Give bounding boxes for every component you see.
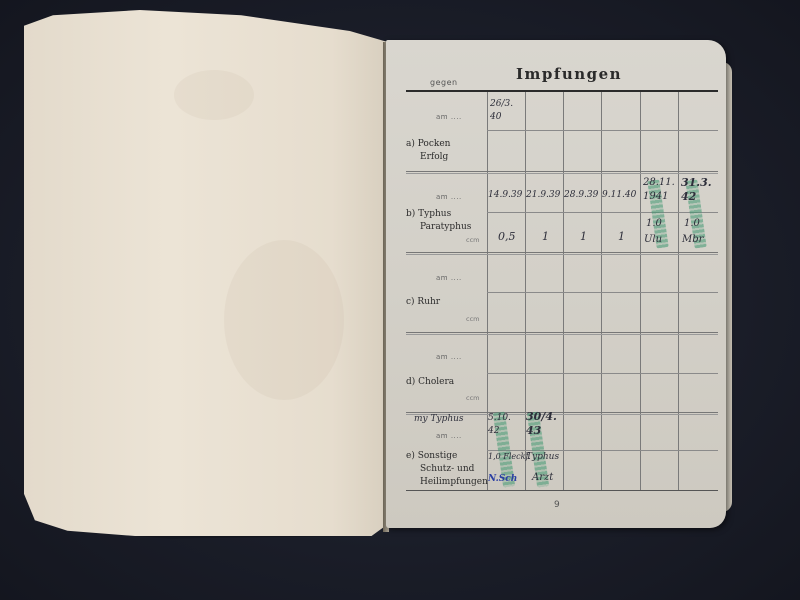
section-e-sublabel2: Heilimpfungen — [420, 476, 488, 489]
typhus-date-3: 28.9.39 — [564, 190, 598, 200]
section-separator — [406, 252, 718, 253]
typhus-date-2: 21.9.39 — [526, 190, 560, 200]
typhus-signature-6: Mbr — [682, 234, 703, 245]
typhus-dose-3: 1 — [580, 230, 587, 243]
section-separator — [406, 332, 718, 333]
am-label: am .... — [436, 432, 462, 440]
section-e-label: e) Sonstige — [406, 450, 457, 463]
sonstige-signature-1: N.Sch — [488, 474, 517, 484]
header-rule — [406, 90, 718, 92]
pocken-date: 26/3. 40 — [490, 98, 522, 124]
sonstige-date-2: 30/4. 43 — [526, 410, 560, 438]
row-divider — [487, 450, 718, 451]
page-number: 9 — [554, 500, 560, 510]
am-label: am .... — [436, 353, 462, 361]
paper-stain — [224, 240, 344, 400]
section-a-label: a) Pocken — [406, 138, 450, 151]
section-separator — [406, 412, 718, 413]
typhus-dose-4: 1 — [618, 230, 625, 243]
ccm-label: ccm — [466, 394, 479, 402]
typhus-date-1: 14.9.39 — [488, 190, 522, 200]
sonstige-note-1: 1,0 Fleckf. — [488, 452, 531, 461]
typhus-dose-1: 0,5 — [498, 230, 516, 243]
typhus-date-5: 28.11. 1941 — [643, 176, 677, 204]
am-label: am .... — [436, 193, 462, 201]
row-divider — [487, 373, 718, 374]
sonstige-note-2: Typhus — [526, 452, 559, 462]
am-label: am .... — [436, 113, 462, 121]
section-e-sublabel: Schutz- und — [420, 463, 474, 476]
typhus-dose-6: 1.0 — [684, 218, 700, 229]
page-title: Impfungen — [516, 65, 622, 83]
section-c-label: c) Ruhr — [406, 296, 440, 309]
typhus-dose-5: 1.0 — [646, 218, 662, 229]
row-divider — [487, 292, 718, 293]
column-label-gegen: gegen — [430, 78, 458, 87]
section-b-sublabel: Paratyphus — [420, 221, 471, 234]
grid-vline — [678, 92, 679, 490]
typhus-signature-5: Ulu — [644, 234, 662, 245]
grid-vline — [640, 92, 641, 490]
typhus-date-4: 9.11.40 — [602, 190, 636, 200]
sonstige-signature-2: Arzt — [532, 472, 553, 483]
left-blank-page — [24, 10, 386, 536]
section-d-label: d) Cholera — [406, 376, 454, 389]
typhus-dose-2: 1 — [542, 230, 549, 243]
section-separator — [406, 171, 718, 172]
section-b-label: b) Typhus — [406, 208, 451, 221]
grid-vline — [601, 92, 602, 490]
grid-vline — [563, 92, 564, 490]
am-label: am .... — [436, 274, 462, 282]
typhus-date-6: 31.3. 42 — [681, 176, 715, 204]
section-a-sublabel: Erfolg — [420, 151, 448, 164]
sonstige-date-1: 5.10. 42 — [488, 412, 522, 438]
ccm-label: ccm — [466, 236, 479, 244]
ccm-label: ccm — [466, 315, 479, 323]
vaccination-record-page: gegen Impfungen am .... a) Pocken Erfolg… — [386, 40, 726, 528]
row-divider — [487, 130, 718, 131]
bottom-rule — [406, 490, 718, 491]
handwritten-section-note: my Typhus — [414, 414, 464, 424]
paper-stain — [174, 70, 254, 120]
row-divider — [487, 212, 718, 213]
